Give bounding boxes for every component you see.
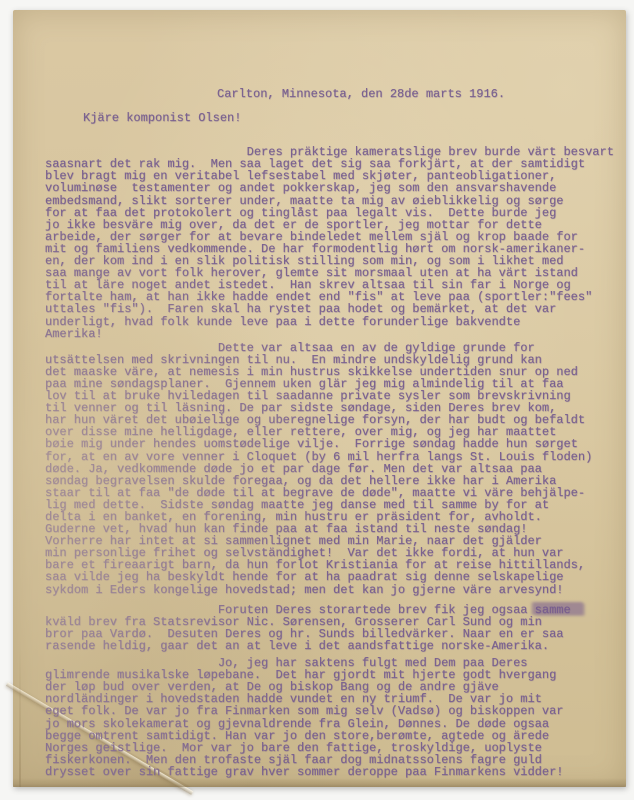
letter-line: rasende heldig, gaar det an at leve i de… [45, 640, 614, 652]
letter-line: jo mors skolekamerat og gjevnaldrende fr… [45, 718, 614, 730]
letter-line: voluminøse testamenter og andet pokkersk… [45, 182, 614, 194]
typewritten-content: Carlton, Minnesota, den 28de marts 1916.… [45, 88, 614, 778]
letter-paper: Carlton, Minnesota, den 28de marts 1916.… [13, 10, 626, 787]
letter-line: for at faa det protokolert og tinglåst p… [45, 207, 614, 219]
letter-line: saa vilde jeg ha beskyldt hende for at h… [45, 571, 614, 583]
letter-line: underligt, hvad folk kunde leve paa i de… [45, 316, 614, 328]
letter-salutation: Kjäre komponist Olsen! [83, 112, 614, 124]
paper-crease-vertical [19, 646, 21, 787]
overstruck-word-smudge [533, 602, 583, 615]
letter-line: Dette var altsaa en av de gyldige grunde… [45, 342, 614, 354]
paper-bottom-edge [13, 778, 626, 787]
scanned-letter: Carlton, Minnesota, den 28de marts 1916.… [0, 0, 634, 800]
letter-line: bøie mig under hendes uomstødelige vilje… [45, 438, 614, 450]
letter-paragraph: Foruten Deres storartede brev fik jeg og… [45, 604, 614, 652]
letter-line: uttales "fis"). Faren skal ha rystet paa… [45, 303, 614, 315]
letter-line: eget folk. De var jo fra Finmarken som m… [45, 705, 614, 717]
letter-line: Amerika! [45, 328, 614, 340]
letter-line: søndag begravelsen skulde foregaa, og da… [45, 475, 614, 487]
letter-paragraph: Deres präktige kameratslige brev burde v… [45, 146, 614, 340]
letter-line: embedsmand, slikt sorterer under, maatte… [45, 195, 614, 207]
letter-paragraph: Jo, jeg har saktens fulgt med Dem paa De… [45, 657, 614, 778]
letter-line: for, at en av vore venner i Cloquet (by … [45, 451, 614, 463]
letter-line: begge omtrent samtidigt. Han var jo den … [45, 730, 614, 742]
letter-line: sykdom i Eders kongelige hovedstad; men … [45, 584, 614, 596]
letter-line: Foruten Deres storartede brev fik jeg og… [45, 604, 614, 616]
letter-paragraph: Dette var altsaa en av de gyldige grunde… [45, 342, 614, 596]
letter-dateline: Carlton, Minnesota, den 28de marts 1916. [217, 88, 614, 100]
letter-line: drysset over sin fattige grav hver somme… [45, 766, 614, 778]
letter-line: døde. Ja, vedkommende døde jo et par dag… [45, 463, 614, 475]
letter-line: Norges geistlige. Mor var jo bare den fa… [45, 742, 614, 754]
letter-body: Deres präktige kameratslige brev burde v… [45, 146, 614, 778]
